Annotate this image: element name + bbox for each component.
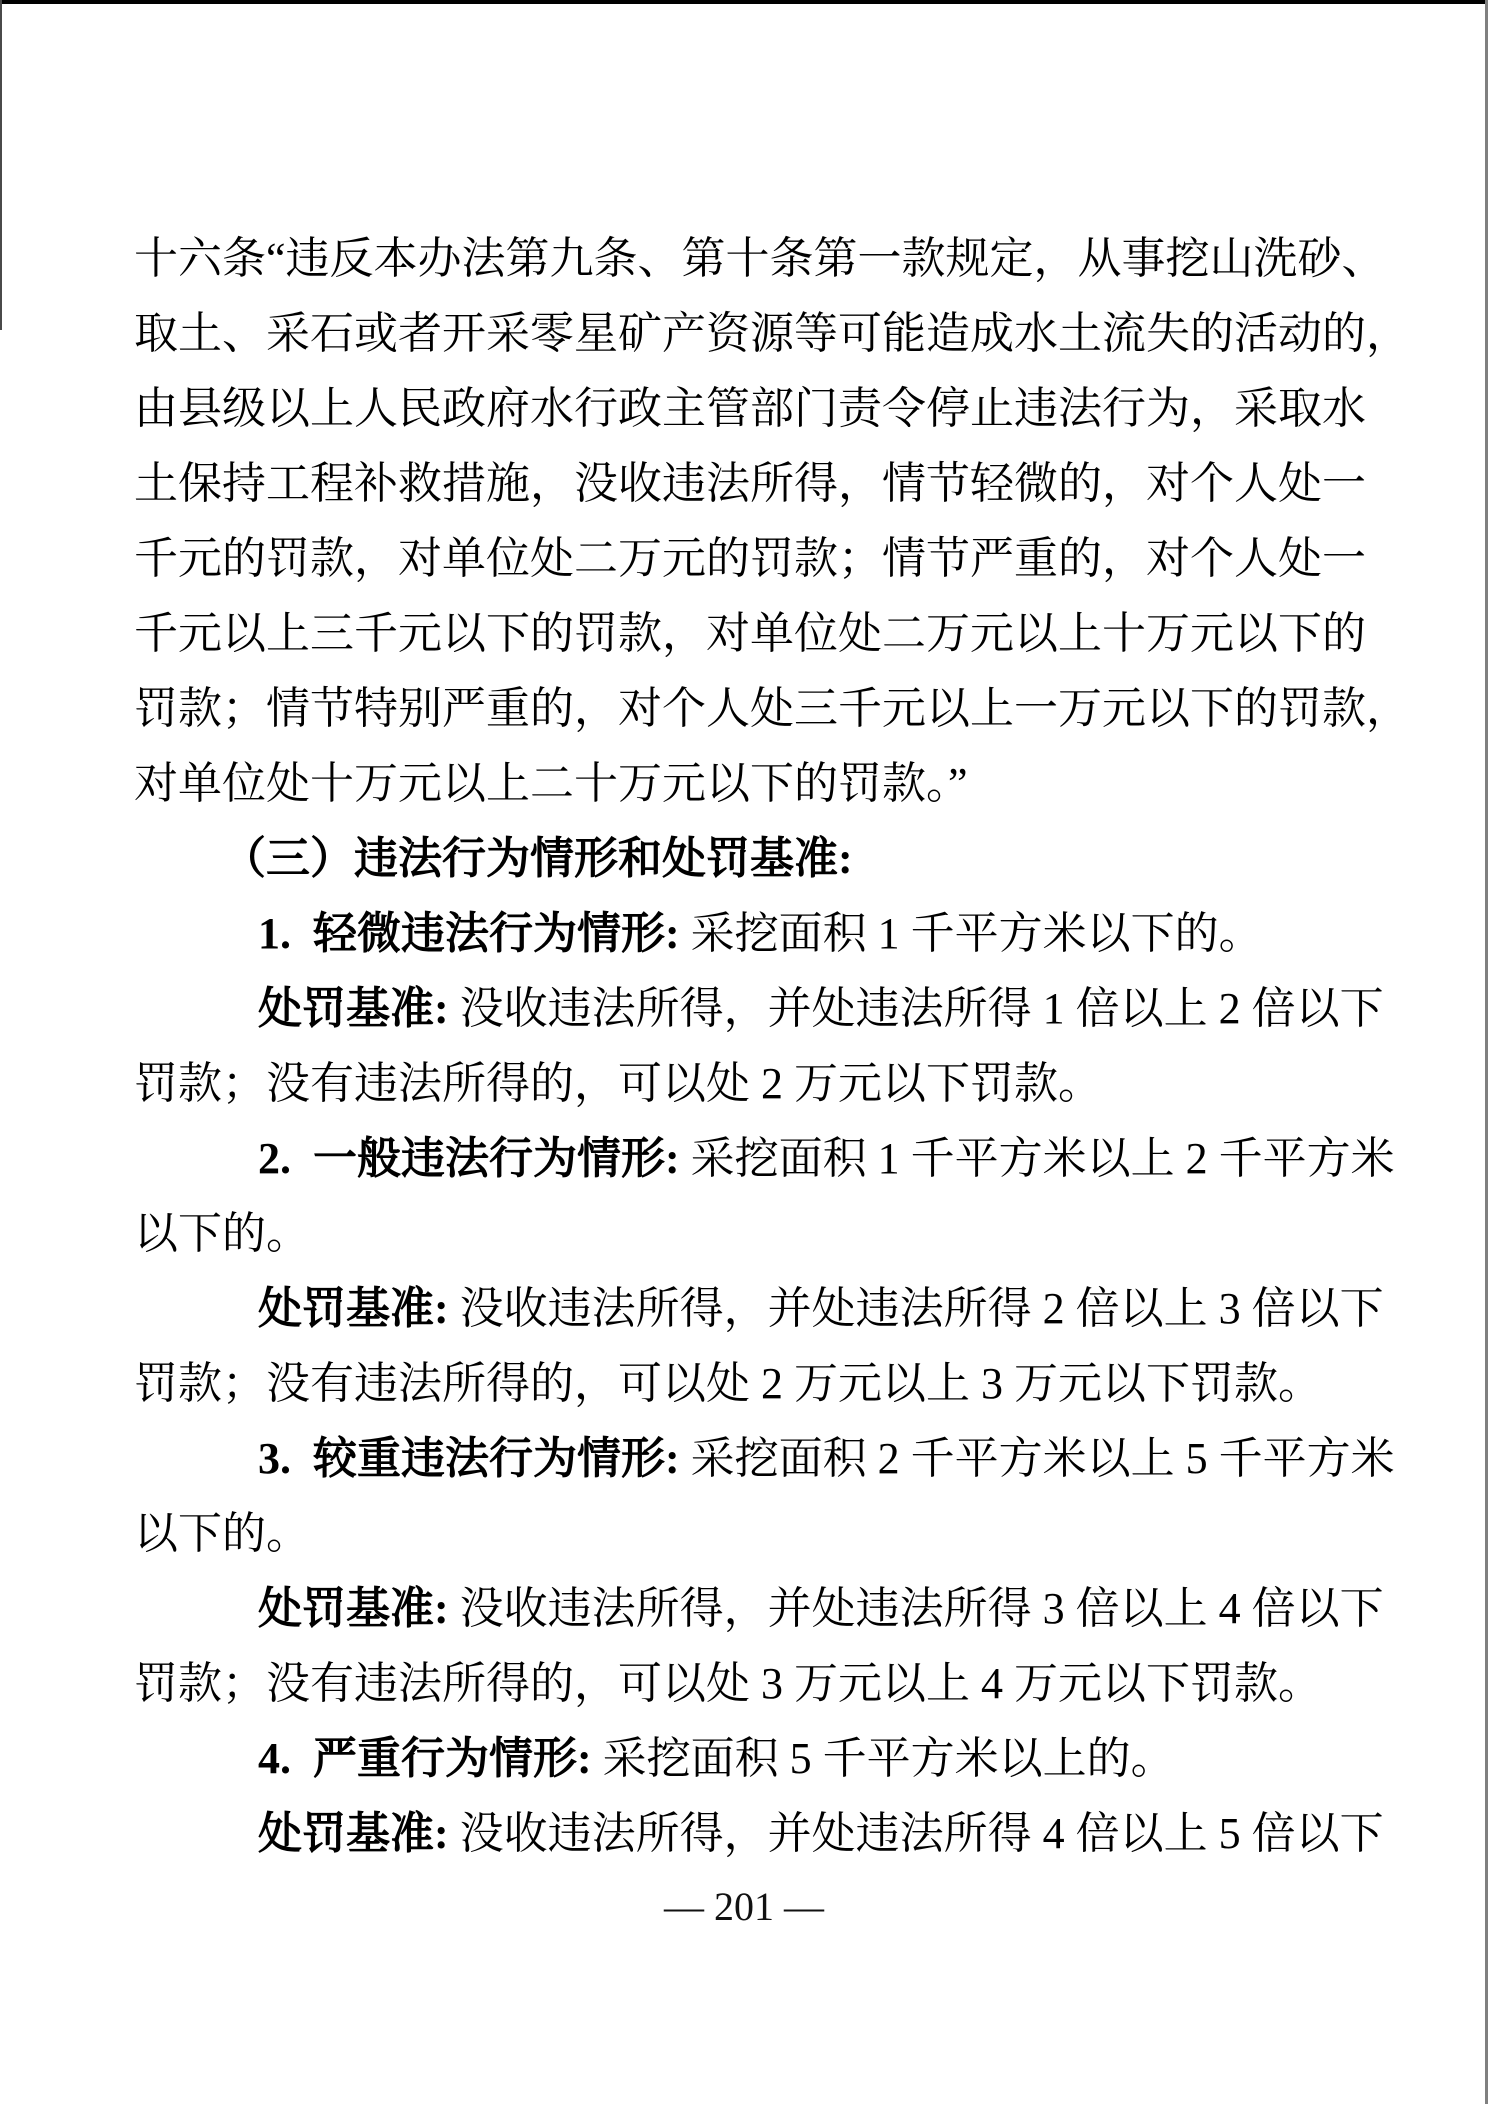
text-line: 处罚基准: 没收违法所得，并处违法所得 1 倍以上 2 倍以下 — [134, 971, 1394, 1046]
text-segment: 土保持工程补救措施，没收违法所得，情节轻微的，对个人处一 — [134, 459, 1366, 508]
bold-text-segment: 3. 较重违法行为情形: — [258, 1434, 680, 1483]
text-segment: 十六条“违反本办法第九条、第十条第一款规定，从事挖山洗砂、 — [134, 234, 1386, 283]
text-segment: 没收违法所得，并处违法所得 3 倍以上 4 倍以下 — [449, 1584, 1384, 1633]
text-segment: 以下的。 — [134, 1209, 310, 1258]
text-segment: 罚款；没有违法所得的，可以处 3 万元以上 4 万元以下罚款。 — [134, 1659, 1322, 1708]
bold-text-segment: 处罚基准: — [258, 984, 449, 1033]
text-line: 以下的。 — [134, 1196, 1394, 1271]
text-line: 2. 一般违法行为情形: 采挖面积 1 千平方米以上 2 千平方米 — [134, 1121, 1394, 1196]
text-line: 罚款；没有违法所得的，可以处 2 万元以下罚款。 — [134, 1046, 1394, 1121]
text-segment: 采挖面积 1 千平方米以上 2 千平方米 — [680, 1134, 1395, 1183]
text-segment: 千元以上三千元以下的罚款，对单位处二万元以上十万元以下的 — [134, 609, 1366, 658]
text-line: 3. 较重违法行为情形: 采挖面积 2 千平方米以上 5 千平方米 — [134, 1421, 1394, 1496]
text-segment: 以下的。 — [134, 1509, 310, 1558]
text-segment: 采挖面积 2 千平方米以上 5 千平方米 — [680, 1434, 1395, 1483]
page-number: — 201 — — [0, 1884, 1488, 1930]
text-line: 十六条“违反本办法第九条、第十条第一款规定，从事挖山洗砂、 — [134, 221, 1394, 296]
text-line: 处罚基准: 没收违法所得，并处违法所得 4 倍以上 5 倍以下 — [134, 1796, 1394, 1871]
text-segment: 罚款；没有违法所得的，可以处 2 万元以下罚款。 — [134, 1059, 1102, 1108]
text-line: 4. 严重行为情形: 采挖面积 5 千平方米以上的。 — [134, 1721, 1394, 1796]
bold-text-segment: 2. 一般违法行为情形: — [258, 1134, 680, 1183]
text-line: 罚款；情节特别严重的，对个人处三千元以上一万元以下的罚款， — [134, 671, 1394, 746]
text-line: 千元以上三千元以下的罚款，对单位处二万元以上十万元以下的 — [134, 596, 1394, 671]
text-line: 1. 轻微违法行为情形: 采挖面积 1 千平方米以下的。 — [134, 896, 1394, 971]
text-line: 对单位处十万元以上二十万元以下的罚款。” — [134, 746, 1394, 821]
document-page: 十六条“违反本办法第九条、第十条第一款规定，从事挖山洗砂、取土、采石或者开采零星… — [0, 0, 1488, 2104]
text-segment: 采挖面积 1 千平方米以下的。 — [680, 909, 1263, 958]
text-segment: 采挖面积 5 千平方米以上的。 — [592, 1734, 1175, 1783]
text-segment: 罚款；情节特别严重的，对个人处三千元以上一万元以下的罚款， — [134, 684, 1410, 733]
text-segment: 罚款；没有违法所得的，可以处 2 万元以上 3 万元以下罚款。 — [134, 1359, 1322, 1408]
text-line: 千元的罚款，对单位处二万元的罚款；情节严重的，对个人处一 — [134, 521, 1394, 596]
text-line: 处罚基准: 没收违法所得，并处违法所得 2 倍以上 3 倍以下 — [134, 1271, 1394, 1346]
bold-text-segment: （三）违法行为情形和处罚基准: — [222, 834, 853, 883]
page-top-border — [0, 0, 1488, 4]
bold-text-segment: 处罚基准: — [258, 1584, 449, 1633]
text-segment: 由县级以上人民政府水行政主管部门责令停止违法行为，采取水 — [134, 384, 1366, 433]
text-line: 以下的。 — [134, 1496, 1394, 1571]
text-segment: 取土、采石或者开采零星矿产资源等可能造成水土流失的活动的， — [134, 309, 1410, 358]
document-body: 十六条“违反本办法第九条、第十条第一款规定，从事挖山洗砂、取土、采石或者开采零星… — [134, 221, 1394, 1871]
text-segment: 对单位处十万元以上二十万元以下的罚款。” — [134, 759, 968, 808]
text-line: 罚款；没有违法所得的，可以处 2 万元以上 3 万元以下罚款。 — [134, 1346, 1394, 1421]
text-line: 土保持工程补救措施，没收违法所得，情节轻微的，对个人处一 — [134, 446, 1394, 521]
text-segment: 没收违法所得，并处违法所得 4 倍以上 5 倍以下 — [449, 1809, 1384, 1858]
text-line: 由县级以上人民政府水行政主管部门责令停止违法行为，采取水 — [134, 371, 1394, 446]
text-line: （三）违法行为情形和处罚基准: — [134, 821, 1394, 896]
text-segment: 千元的罚款，对单位处二万元的罚款；情节严重的，对个人处一 — [134, 534, 1366, 583]
text-line: 取土、采石或者开采零星矿产资源等可能造成水土流失的活动的， — [134, 296, 1394, 371]
bold-text-segment: 4. 严重行为情形: — [258, 1734, 592, 1783]
page-left-border — [0, 0, 2, 330]
bold-text-segment: 处罚基准: — [258, 1809, 449, 1858]
text-segment: 没收违法所得，并处违法所得 2 倍以上 3 倍以下 — [449, 1284, 1384, 1333]
text-line: 罚款；没有违法所得的，可以处 3 万元以上 4 万元以下罚款。 — [134, 1646, 1394, 1721]
bold-text-segment: 处罚基准: — [258, 1284, 449, 1333]
text-line: 处罚基准: 没收违法所得，并处违法所得 3 倍以上 4 倍以下 — [134, 1571, 1394, 1646]
text-segment: 没收违法所得，并处违法所得 1 倍以上 2 倍以下 — [449, 984, 1384, 1033]
bold-text-segment: 1. 轻微违法行为情形: — [258, 909, 680, 958]
